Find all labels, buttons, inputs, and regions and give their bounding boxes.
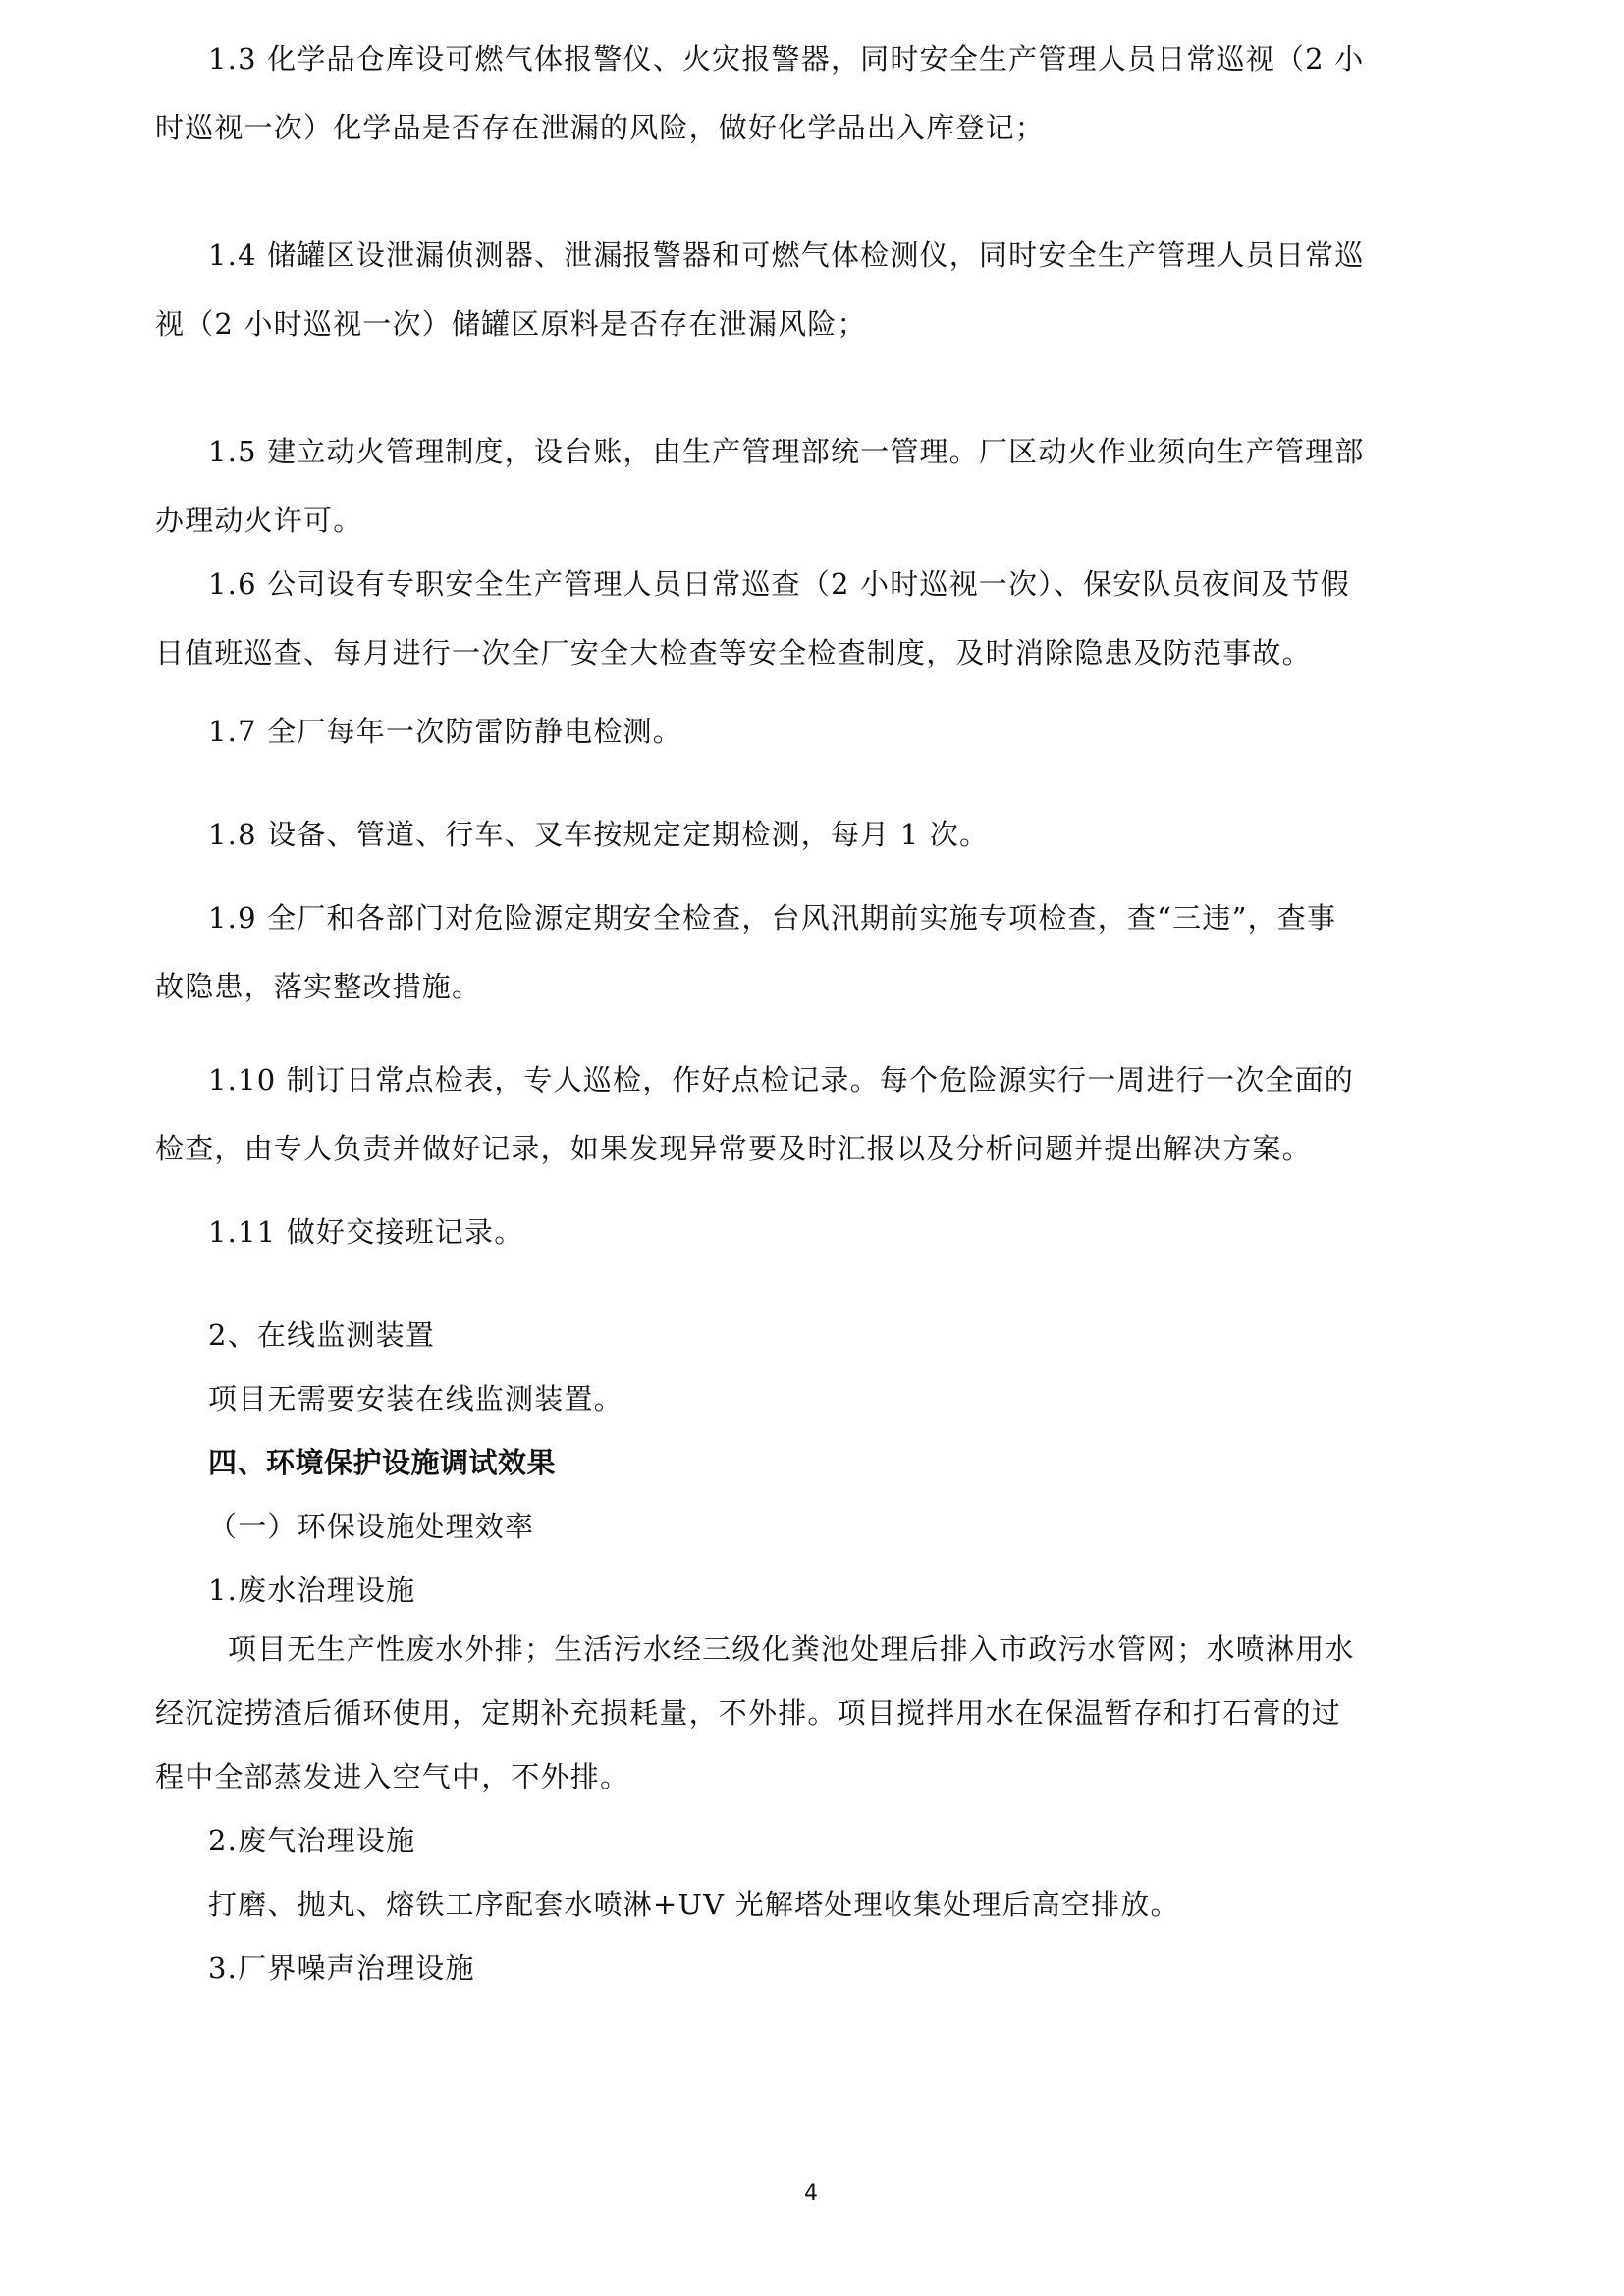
item-1-10-line-1: 1.10 制订日常点检表，专人巡检，作好点检记录。每个危险源实行一周进行一次全面…	[208, 1060, 1354, 1099]
wastewater-line-1: 项目无生产性废水外排；生活污水经三级化粪池处理后排入市政污水管网；水喷淋用水	[228, 1629, 1355, 1669]
page-number: 4	[804, 2181, 818, 2206]
item-1-3-line-2: 时巡视一次）化学品是否存在泄漏的风险，做好化学品出入库登记；	[155, 108, 1045, 147]
document-page: 1.3 化学品仓库设可燃气体报警仪、火灾报警器，同时安全生产管理人员日常巡视（2…	[0, 0, 1624, 2296]
item-1-8: 1.8 设备、管道、行车、叉车按规定定期检测，每月 1 次。	[208, 815, 989, 854]
item-1-9-line-2: 故隐患，落实整改措施。	[155, 967, 481, 1006]
item-1-11: 1.11 做好交接班记录。	[208, 1212, 523, 1252]
wastewater-line-3: 程中全部蒸发进入空气中，不外排。	[155, 1757, 629, 1796]
item-1-9-line-1: 1.9 全厂和各部门对危险源定期安全检查，台风汛期前实施专项检查，查“三违”，查…	[208, 898, 1336, 937]
noise-title: 3.厂界噪声治理设施	[208, 1949, 475, 1988]
item-1-4-line-2: 视（2 小时巡视一次）储罐区原料是否存在泄漏风险；	[155, 304, 867, 344]
item-1-6-line-2: 日值班巡查、每月进行一次全厂安全大检查等安全检查制度，及时消除隐患及防范事故。	[155, 633, 1312, 672]
item-1-10-line-2: 检查，由专人负责并做好记录，如果发现异常要及时汇报以及分析问题并提出解决方案。	[155, 1129, 1312, 1168]
section-2-title: 2、在线监测装置	[208, 1315, 435, 1355]
item-1-7: 1.7 全厂每年一次防雷防静电检测。	[208, 712, 682, 751]
wastewater-line-2: 经沉淀捞渣后循环使用，定期补充损耗量，不外排。项目搅拌用水在保温暂存和打石膏的过	[155, 1693, 1341, 1733]
item-1-5-line-1: 1.5 建立动火管理制度，设台账，由生产管理部统一管理。厂区动火作业须向生产管理…	[208, 432, 1365, 471]
item-1-4-line-1: 1.4 储罐区设泄漏侦测器、泄漏报警器和可燃气体检测仪，同时安全生产管理人员日常…	[208, 236, 1365, 275]
item-1-5-line-2: 办理动火许可。	[155, 501, 362, 540]
section-2-body: 项目无需要安装在线监测装置。	[208, 1379, 623, 1418]
item-1-3-line-1: 1.3 化学品仓库设可燃气体报警仪、火灾报警器，同时安全生产管理人员日常巡视（2…	[208, 39, 1364, 79]
section-4-subtitle: （一）环保设施处理效率	[208, 1507, 534, 1546]
item-1-6-line-1: 1.6 公司设有专职安全生产管理人员日常巡查（2 小时巡视一次）、保安队员夜间及…	[208, 564, 1350, 604]
exhaust-body: 打磨、抛丸、熔铁工序配套水喷淋+UV 光解塔处理收集处理后高空排放。	[208, 1885, 1180, 1924]
exhaust-title: 2.废气治理设施	[208, 1821, 415, 1860]
section-4-title: 四、环境保护设施调试效果	[208, 1443, 556, 1482]
wastewater-title: 1.废水治理设施	[208, 1571, 415, 1610]
